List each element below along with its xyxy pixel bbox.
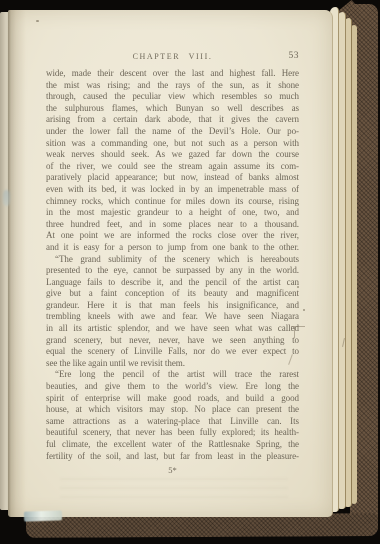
smudge bbox=[3, 190, 10, 206]
text-line: under the lower fall the name of the Dev… bbox=[46, 126, 299, 138]
text-line: through, caused the peculiar view which … bbox=[46, 91, 299, 103]
text-line: give but a faint conception of its beaut… bbox=[46, 288, 299, 300]
text-line: “The grand sublimity of the scenery whic… bbox=[46, 254, 299, 266]
text-line: the sulphurous flames, which Bunyan so w… bbox=[46, 103, 299, 115]
page-edge bbox=[345, 18, 352, 507]
text-line: same attractions as a watering-place tha… bbox=[46, 416, 299, 428]
text-line: wide, made their descent over the last a… bbox=[46, 68, 299, 80]
text-line: paratively placid appearance; but now, i… bbox=[46, 172, 299, 184]
book-scan-photo: CHAPTER VIII. 53 wide, made their descen… bbox=[0, 0, 380, 544]
text-line: sition was a commanding one, but not suc… bbox=[46, 138, 299, 150]
text-line: beautiful scenery, that never has been f… bbox=[46, 427, 299, 439]
running-header: CHAPTER VIII. 53 bbox=[46, 52, 299, 64]
ink-speck bbox=[303, 309, 305, 311]
text-line: grandeur. Here it is that man feels his … bbox=[46, 300, 299, 312]
text-line: three hundred feet, and in some places n… bbox=[46, 219, 299, 231]
text-line: in the most majestic grandeur to a heigh… bbox=[46, 207, 299, 219]
signature-mark: 5* bbox=[46, 465, 299, 475]
text-line: fertility of the soil, and last, but far… bbox=[46, 451, 299, 463]
page-edge bbox=[338, 12, 346, 509]
text-line: see the like again until we revisit them… bbox=[46, 358, 299, 370]
text-line: spirit of enterprise will make good road… bbox=[46, 393, 299, 405]
text-line: grand scenery, but never, never, have we… bbox=[46, 335, 299, 347]
text-line: presented to the eye, cannot be surpasse… bbox=[46, 265, 299, 277]
text-line: ful climate, the excellent water of the … bbox=[46, 439, 299, 451]
text-line: equal the scenery of Linville Falls, nor… bbox=[46, 346, 299, 358]
reflection-glint bbox=[24, 510, 62, 521]
page-number: 53 bbox=[289, 51, 300, 61]
page-text: wide, made their descent over the last a… bbox=[46, 68, 299, 462]
text-line: At one point we are informed the rocks c… bbox=[46, 230, 299, 242]
ink-speck bbox=[297, 286, 299, 288]
show-through-ghost-text bbox=[60, 478, 288, 504]
chapter-heading: CHAPTER VIII. bbox=[46, 52, 299, 61]
text-line: Language fails to describe it, and the p… bbox=[46, 277, 299, 289]
text-line: and it is easy for a person to jump from… bbox=[46, 242, 299, 254]
book-page: CHAPTER VIII. 53 wide, made their descen… bbox=[8, 10, 333, 517]
text-line: the mist was rising; and the rays of the… bbox=[46, 80, 299, 92]
text-line: chimney rocks, which continue for miles … bbox=[46, 196, 299, 208]
text-line: of the river, we could see the stream ag… bbox=[46, 161, 299, 173]
text-line: beauties, and give them to the world’s v… bbox=[46, 381, 299, 393]
ink-speck bbox=[36, 20, 39, 22]
text-line: “Ere long the pencil of the artist will … bbox=[46, 369, 299, 381]
text-line: weak nerves should seek. As we gazed far… bbox=[46, 149, 299, 161]
text-line: in all its artistic splendor, and we hav… bbox=[46, 323, 299, 335]
text-line: even with its bed, it was locked in by a… bbox=[46, 184, 299, 196]
pencil-mark bbox=[294, 327, 295, 338]
text-line: house, at which visitors may stop. No pl… bbox=[46, 404, 299, 416]
text-line: trembling kneels with awe and fear. We h… bbox=[46, 311, 299, 323]
text-line: arising from a certain dark abode, that … bbox=[46, 114, 299, 126]
